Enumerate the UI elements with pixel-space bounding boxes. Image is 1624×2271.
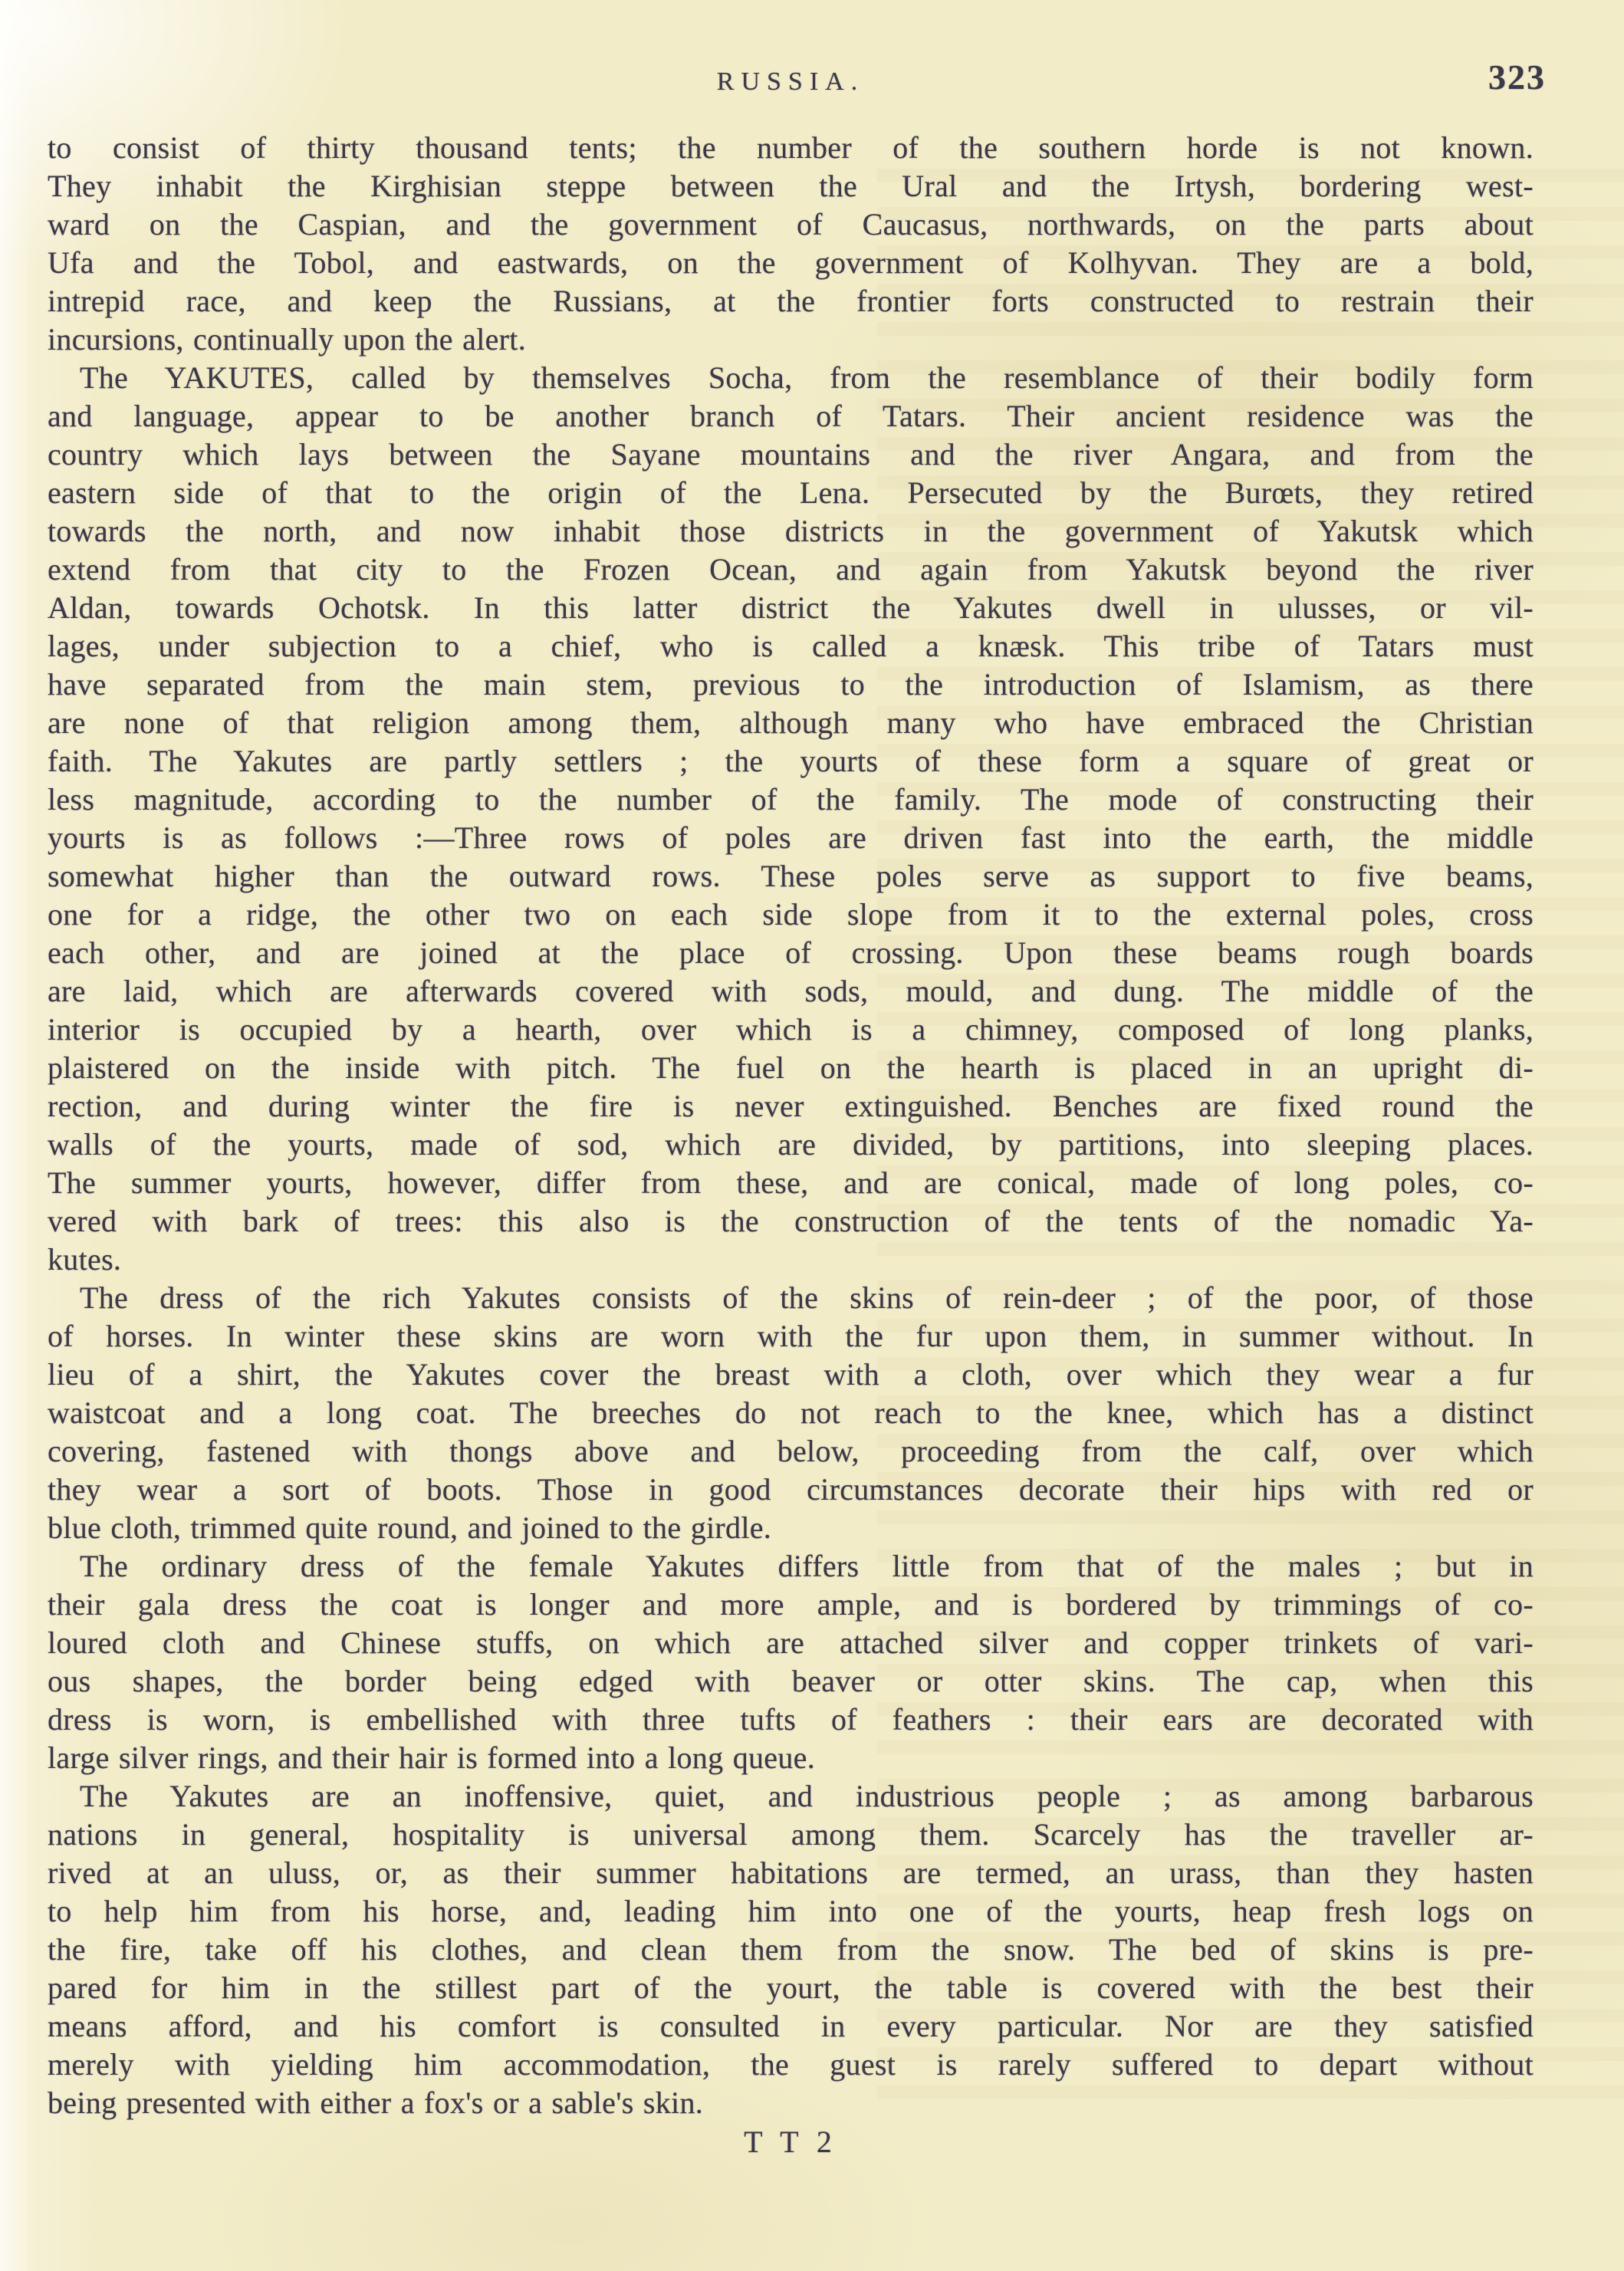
- text-line: each other, and are joined at the place …: [48, 934, 1534, 972]
- text-line: less magnitude, according to the number …: [48, 781, 1534, 819]
- text-line: they wear a sort of boots. Those in good…: [48, 1471, 1534, 1509]
- text-line: of horses. In winter these skins are wor…: [48, 1317, 1534, 1356]
- text-line: Aldan, towards Ochotsk. In this latter d…: [48, 589, 1534, 627]
- text-line: large silver rings, and their hair is fo…: [48, 1739, 1534, 1777]
- text-line: rection, and during winter the fire is n…: [48, 1087, 1534, 1126]
- text-line: are laid, which are afterwards covered w…: [48, 972, 1534, 1011]
- paragraph: The dress of the rich Yakutes consists o…: [48, 1279, 1534, 1547]
- text-line: vered with bark of trees: this also is t…: [48, 1202, 1534, 1241]
- text-line: their gala dress the coat is longer and …: [48, 1586, 1534, 1624]
- text-line: country which lays between the Sayane mo…: [48, 435, 1534, 474]
- text-line: to help him from his horse, and, leading…: [48, 1892, 1534, 1931]
- text-line: lieu of a shirt, the Yakutes cover the b…: [48, 1356, 1534, 1394]
- page-number: 323: [1488, 57, 1546, 97]
- text-line: being presented with either a fox's or a…: [48, 2084, 1534, 2122]
- text-line: the fire, take off his clothes, and clea…: [48, 1931, 1534, 1969]
- text-line: blue cloth, trimmed quite round, and joi…: [48, 1509, 1534, 1547]
- text-line: pared for him in the stillest part of th…: [48, 1969, 1534, 2007]
- text-line: one for a ridge, the other two on each s…: [48, 896, 1534, 934]
- text-line: merely with yielding him accommodation, …: [48, 2046, 1534, 2084]
- text-line: rived at an uluss, or, as their summer h…: [48, 1854, 1534, 1892]
- paragraph: The ordinary dress of the female Yakutes…: [48, 1547, 1534, 1777]
- book-page: RUSSIA. 323 to consist of thirty thousan…: [0, 0, 1624, 2271]
- text-line: dress is worn, is embellished with three…: [48, 1701, 1534, 1739]
- text-line: interior is occupied by a hearth, over w…: [48, 1011, 1534, 1049]
- text-line: ous shapes, the border being edged with …: [48, 1662, 1534, 1701]
- paragraph: The Yakutes are an inoffensive, quiet, a…: [48, 1777, 1534, 2122]
- text-line: The dress of the rich Yakutes consists o…: [48, 1279, 1534, 1317]
- text-line: The YAKUTES, called by themselves Socha,…: [48, 359, 1534, 397]
- running-head: RUSSIA.: [48, 67, 1534, 97]
- text-line: towards the north, and now inhabit those…: [48, 512, 1534, 550]
- text-line: walls of the yourts, made of sod, which …: [48, 1126, 1534, 1164]
- text-line: lages, under subjection to a chief, who …: [48, 627, 1534, 666]
- text-line: waistcoat and a long coat. The breeches …: [48, 1394, 1534, 1432]
- text-line: extend from that city to the Frozen Ocea…: [48, 550, 1534, 589]
- text-line: loured cloth and Chinese stuffs, on whic…: [48, 1624, 1534, 1662]
- text-line: kutes.: [48, 1241, 1534, 1279]
- text-line: plaistered on the inside with pitch. The…: [48, 1049, 1534, 1087]
- text-line: covering, fastened with thongs above and…: [48, 1432, 1534, 1471]
- text-line: somewhat higher than the outward rows. T…: [48, 857, 1534, 896]
- text-line: intrepid race, and keep the Russians, at…: [48, 282, 1534, 320]
- signature-mark: T T 2: [48, 2124, 1534, 2160]
- text-line: Ufa and the Tobol, and eastwards, on the…: [48, 244, 1534, 282]
- page-text: to consist of thirty thousand tents; the…: [48, 129, 1534, 2122]
- paragraph: to consist of thirty thousand tents; the…: [48, 129, 1534, 359]
- text-line: eastern side of that to the origin of th…: [48, 474, 1534, 512]
- text-line: nations in general, hospitality is unive…: [48, 1816, 1534, 1854]
- text-line: The Yakutes are an inoffensive, quiet, a…: [48, 1777, 1534, 1816]
- text-line: to consist of thirty thousand tents; the…: [48, 129, 1534, 167]
- text-line: They inhabit the Kirghisian steppe betwe…: [48, 167, 1534, 205]
- text-line: ward on the Caspian, and the government …: [48, 205, 1534, 244]
- text-line: means afford, and his comfort is consult…: [48, 2007, 1534, 2046]
- text-line: and language, appear to be another branc…: [48, 397, 1534, 435]
- text-line: yourts is as follows :—Three rows of pol…: [48, 819, 1534, 857]
- text-line: The summer yourts, however, differ from …: [48, 1164, 1534, 1202]
- text-line: are none of that religion among them, al…: [48, 704, 1534, 742]
- text-line: faith. The Yakutes are partly settlers ;…: [48, 742, 1534, 781]
- text-line: have separated from the main stem, previ…: [48, 666, 1534, 704]
- text-line: incursions, continually upon the alert.: [48, 320, 1534, 359]
- paragraph: The YAKUTES, called by themselves Socha,…: [48, 359, 1534, 1279]
- text-line: The ordinary dress of the female Yakutes…: [48, 1547, 1534, 1586]
